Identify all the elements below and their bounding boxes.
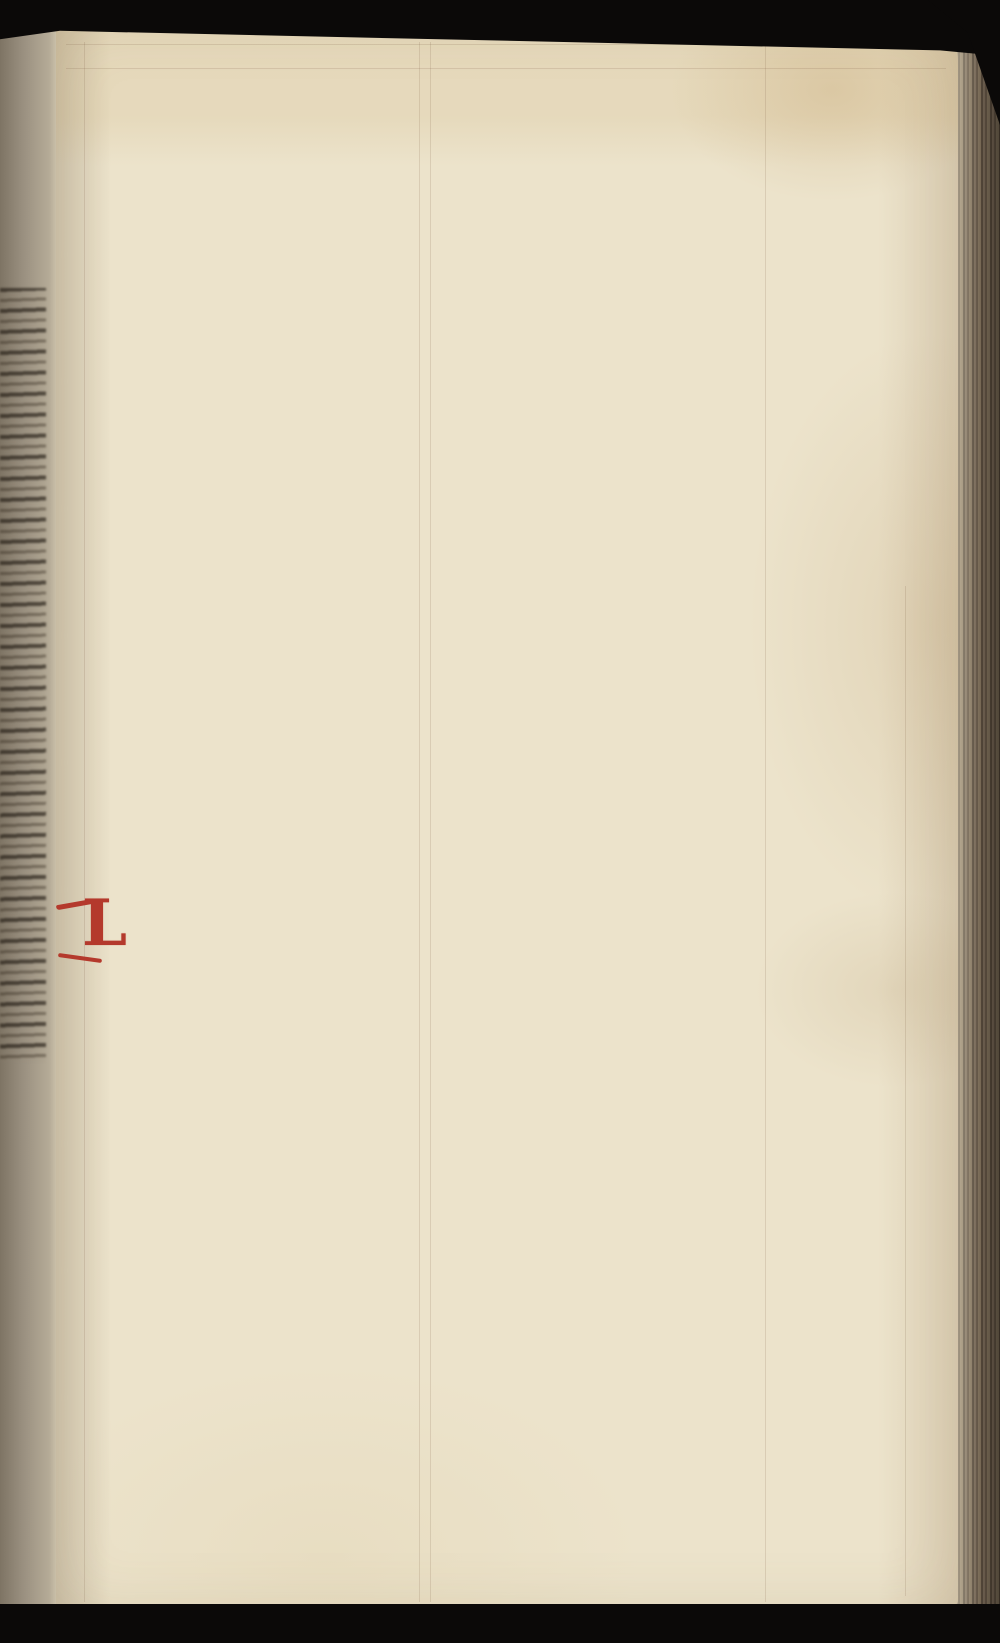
ruling-line <box>765 42 766 1602</box>
manuscript-photo: LEVI do ingressi fueritis trā et plantaū… <box>0 0 1000 1643</box>
previous-page-edge <box>0 0 58 1643</box>
chapter-initial: L <box>82 898 127 950</box>
ruling-line <box>66 68 946 69</box>
ruling-line <box>84 42 85 1602</box>
ruling-line <box>419 42 420 1602</box>
parchment-page <box>56 26 958 1606</box>
background-bottom <box>0 1604 1000 1643</box>
ruling-line <box>905 586 906 1596</box>
previous-page-text-showthrough <box>0 288 46 1063</box>
book-fore-edge <box>956 28 1000 1643</box>
ruling-line <box>430 42 431 1602</box>
